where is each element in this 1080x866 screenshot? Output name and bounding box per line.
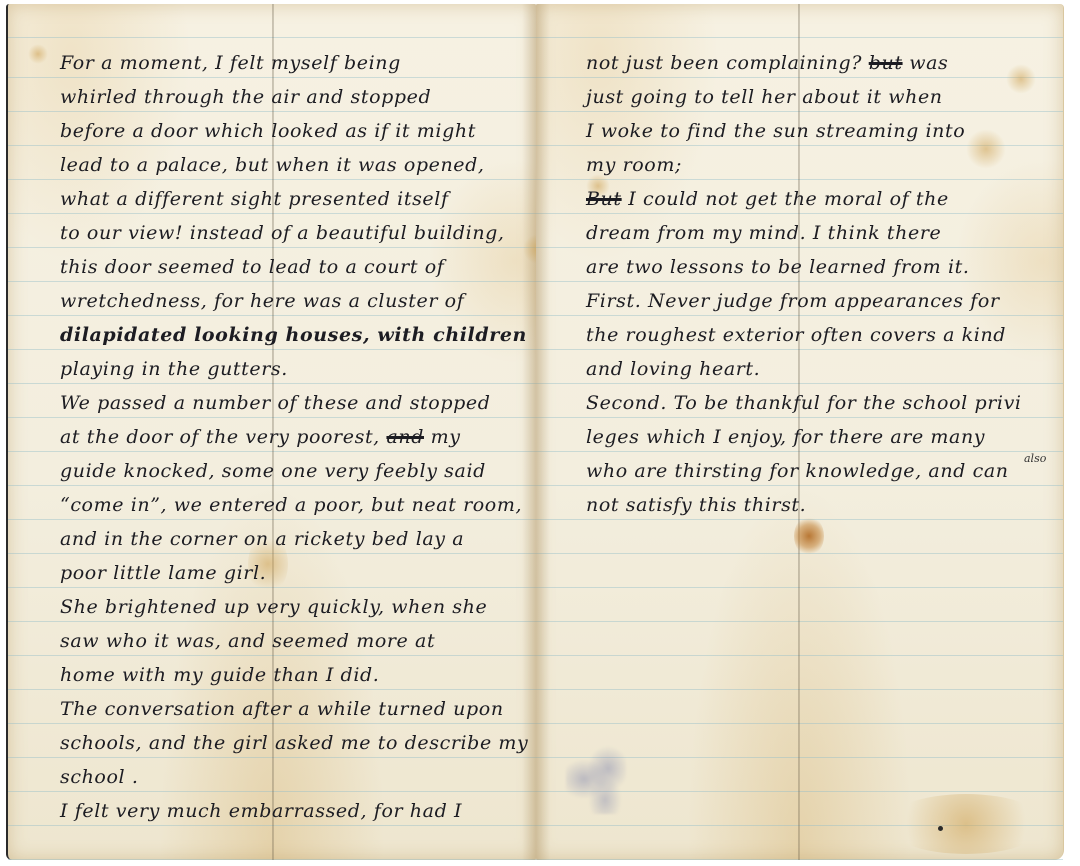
struck-word: But <box>586 188 622 210</box>
text-line: guide knocked, some one very feebly said <box>60 454 528 488</box>
text-line: schools, and the girl asked me to descri… <box>60 726 528 760</box>
text-line: to our view! instead of a beautiful buil… <box>60 216 528 250</box>
text-line: I woke to find the sun streaming into <box>586 114 1022 148</box>
text-line: before a door which looked as if it migh… <box>60 114 528 148</box>
interlinear-insertion: also <box>1024 452 1046 465</box>
text-line: The conversation after a while turned up… <box>60 692 528 726</box>
ink-blot <box>938 826 943 831</box>
text-line: saw who it was, and seemed more at <box>60 624 528 658</box>
right-page: not just been complaining? but was just … <box>536 4 1064 860</box>
text-line: the roughest exterior often covers a kin… <box>586 318 1022 352</box>
text-segment: my <box>424 426 461 448</box>
text-line: not satisfy this thirst. <box>586 488 1022 522</box>
text-line: playing in the gutters. <box>60 352 528 386</box>
text-line: She brightened up very quickly, when she <box>60 590 528 624</box>
text-line: dream from my mind. I think there <box>586 216 1022 250</box>
text-line: are two lessons to be learned from it. <box>586 250 1022 284</box>
water-stain <box>886 794 1046 854</box>
text-line: who are thirsting for knowledge, and can <box>586 454 1022 488</box>
text-segment: was <box>903 52 949 74</box>
text-line: Second. To be thankful for the school pr… <box>586 386 1022 420</box>
text-line: poor little lame girl. <box>60 556 528 590</box>
struck-word: but <box>869 52 903 74</box>
text-line: what a different sight presented itself <box>60 182 528 216</box>
text-line: and in the corner on a rickety bed lay a <box>60 522 528 556</box>
struck-word: and <box>386 426 424 448</box>
foxing-spot <box>28 44 48 64</box>
right-page-text: not just been complaining? but was just … <box>586 46 1022 522</box>
gutter-shadow <box>536 4 550 860</box>
text-line: this door seemed to lead to a court of <box>60 250 528 284</box>
text-line: school . <box>60 760 528 794</box>
text-line: I felt very much embarrassed, for had I <box>60 794 528 828</box>
scanned-letter: For a moment, I felt myself being whirle… <box>0 0 1080 866</box>
text-line: But I could not get the moral of the <box>586 182 1022 216</box>
faded-stamp-mark <box>566 744 626 814</box>
text-line: “come in”, we entered a poor, but neat r… <box>60 488 528 522</box>
text-line: leges which I enjoy, for there are many <box>586 420 1022 454</box>
text-line: wretchedness, for here was a cluster of <box>60 284 528 318</box>
text-line: just going to tell her about it when <box>586 80 1022 114</box>
text-line: at the door of the very poorest, and my <box>60 420 528 454</box>
text-line: home with my guide than I did. <box>60 658 528 692</box>
text-line: lead to a palace, but when it was opened… <box>60 148 528 182</box>
text-line: whirled through the air and stopped <box>60 80 528 114</box>
text-line: my room; <box>586 148 1022 182</box>
text-line: dilapidated looking houses, with childre… <box>60 318 528 352</box>
text-line: not just been complaining? but was <box>586 46 1022 80</box>
left-page: For a moment, I felt myself being whirle… <box>6 4 536 860</box>
text-segment: at the door of the very poorest, <box>60 426 386 448</box>
text-line: and loving heart. <box>586 352 1022 386</box>
text-line: We passed a number of these and stopped <box>60 386 528 420</box>
text-segment: not just been complaining? <box>586 52 869 74</box>
text-line: For a moment, I felt myself being <box>60 46 528 80</box>
text-line: First. Never judge from appearances for <box>586 284 1022 318</box>
text-segment: I could not get the moral of the <box>622 188 949 210</box>
left-page-text: For a moment, I felt myself being whirle… <box>60 46 528 828</box>
